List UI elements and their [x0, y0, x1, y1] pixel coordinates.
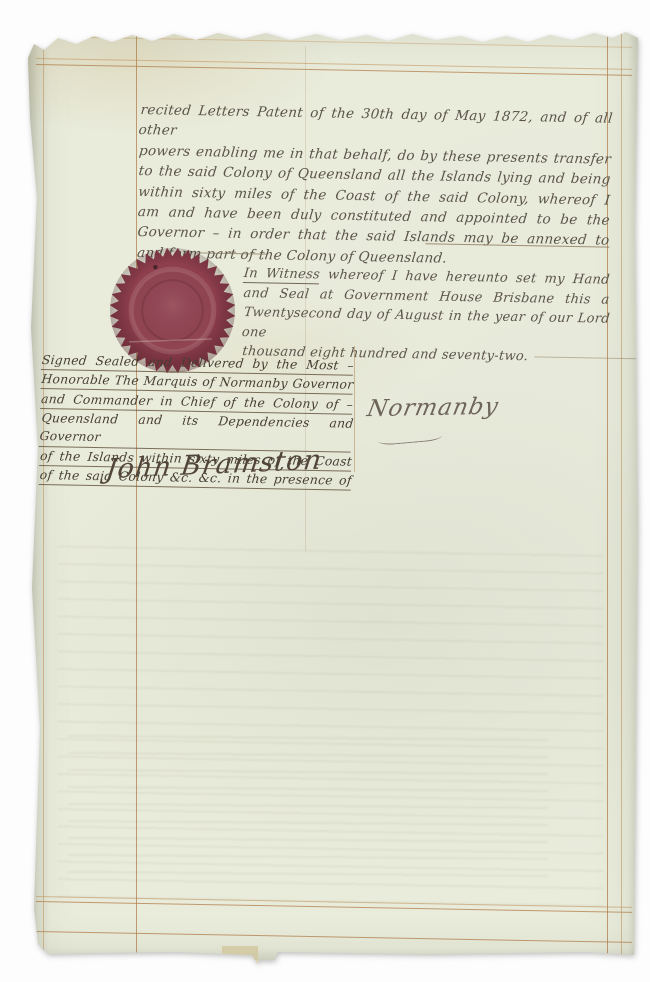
witness-paragraph: In Witness whereof I have hereunto set m…	[242, 264, 610, 368]
bleedthrough-text-ghost	[68, 728, 548, 878]
ruled-line-bottom-pair-lower	[36, 901, 632, 913]
margin-line-left-outer	[43, 32, 44, 954]
margin-line-left-inner	[136, 32, 137, 954]
margin-line-right-outer	[621, 32, 622, 954]
paper-shadow-wrap: recited Letters Patent of the 30th day o…	[0, 0, 650, 982]
ruled-line-bottom-single	[36, 931, 632, 943]
ruled-line-top-pair-upper	[36, 58, 632, 70]
line-end-flourish	[534, 355, 650, 360]
manuscript-page: recited Letters Patent of the 30th day o…	[28, 28, 638, 960]
signature-flourish	[378, 431, 443, 446]
in-witness-lead: In Witness	[243, 266, 321, 284]
ruled-line-top-hairline	[36, 36, 632, 48]
paper-torn-flap	[222, 946, 258, 970]
ruled-line-top-pair-lower	[36, 64, 632, 76]
witness-line: Twentysecond day of August in the year o…	[241, 303, 611, 349]
signature-normanby: Normanby	[365, 394, 501, 422]
scanned-document-view: recited Letters Patent of the 30th day o…	[0, 0, 650, 982]
seal-dark-spot	[153, 265, 157, 269]
attestation-right-rule	[354, 346, 355, 472]
witness-line-rest: whereof I have hereunto set my Hand	[327, 268, 610, 288]
bleedthrough-text-ghost	[58, 543, 603, 911]
